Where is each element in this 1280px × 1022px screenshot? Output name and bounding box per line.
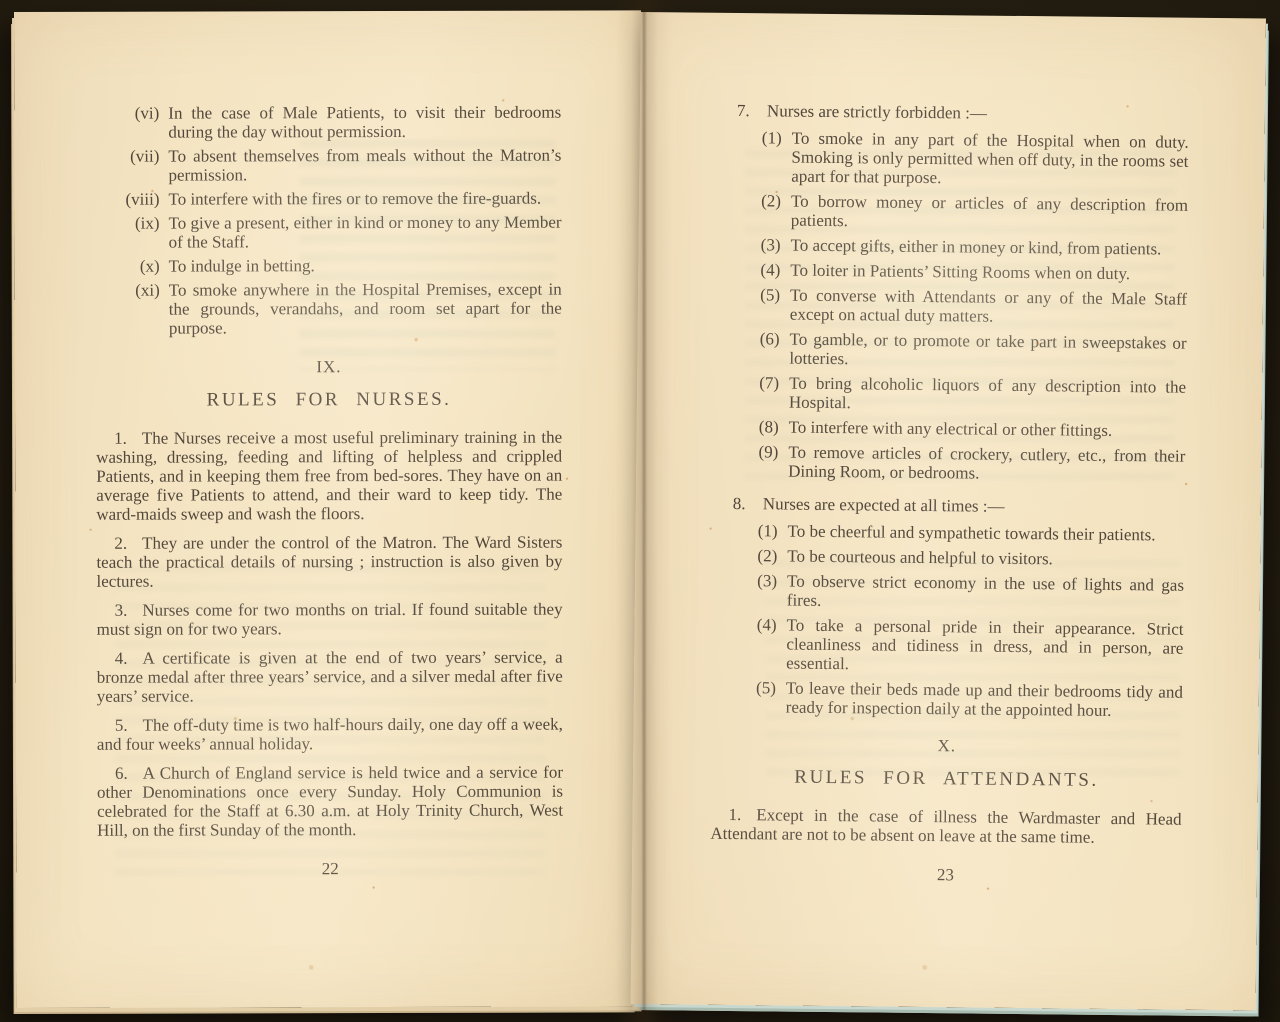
list-item-marker: (vi) bbox=[95, 104, 168, 142]
list-item-marker: (9) bbox=[714, 442, 788, 481]
numbered-rule-list: (1) To smoke in any part of the Hospital… bbox=[714, 128, 1189, 485]
list-item-marker: (3) bbox=[716, 235, 790, 255]
list-item: (6) To gamble, or to promote or take par… bbox=[715, 329, 1186, 372]
paragraph-number: 4. bbox=[115, 649, 128, 668]
section-title: RULES FOR NURSES. bbox=[96, 389, 562, 412]
list-item-text: To borrow money or articles of any descr… bbox=[791, 192, 1188, 234]
rule-paragraph: 4.A certificate is given at the end of t… bbox=[97, 648, 563, 706]
list-item-marker: (6) bbox=[715, 329, 789, 368]
list-item: (4) To take a personal pride in their ap… bbox=[712, 615, 1184, 677]
paragraph-text: They are under the control of the Matron… bbox=[96, 533, 562, 591]
rule-paragraph: 1.Except in the case of illness the Ward… bbox=[710, 805, 1181, 848]
paragraph-number: 2. bbox=[114, 534, 127, 553]
rule-paragraph: 5.The off-duty time is two half-hours da… bbox=[97, 715, 563, 754]
list-item: (3) To observe strict economy in the use… bbox=[713, 571, 1184, 614]
book-scan: (vi) In the case of Male Patients, to vi… bbox=[0, 0, 1280, 1022]
paragraph-number: 6. bbox=[115, 764, 128, 783]
list-item-text: To observe strict economy in the use of … bbox=[787, 572, 1184, 614]
section-title: RULES FOR ATTENDANTS. bbox=[711, 766, 1182, 793]
list-item: (7) To bring alcoholic liquors of any de… bbox=[715, 373, 1186, 416]
list-item: (3) To accept gifts, either in money or … bbox=[716, 235, 1187, 259]
list-item-text: To be cheerful and sympathetic towards t… bbox=[787, 522, 1184, 545]
list-item-text: To indulge in betting. bbox=[169, 256, 562, 276]
rule-heading-number: 8. bbox=[714, 494, 763, 514]
section-number: X. bbox=[711, 734, 1182, 758]
rule-paragraph: 3.Nurses come for two months on trial. I… bbox=[97, 600, 563, 639]
paragraph-text: Except in the case of illness the Wardma… bbox=[710, 805, 1181, 847]
list-item: (5) To leave their beds made up and thei… bbox=[712, 678, 1183, 721]
list-item-marker: (ix) bbox=[96, 214, 169, 252]
paragraph-number: 3. bbox=[115, 601, 128, 620]
rule-heading: 7.Nurses are strictly forbidden :— bbox=[718, 101, 1189, 125]
list-item-marker: (viii) bbox=[95, 190, 168, 209]
list-item-marker: (4) bbox=[716, 260, 790, 280]
list-item: (vii) To absent themselves from meals wi… bbox=[95, 146, 561, 185]
paragraph-text: A Church of England service is held twic… bbox=[97, 763, 563, 840]
list-item: (vi) In the case of Male Patients, to vi… bbox=[95, 103, 561, 142]
list-item-marker: (4) bbox=[712, 615, 787, 673]
list-item-marker: (1) bbox=[713, 521, 787, 541]
list-item-marker: (x) bbox=[96, 257, 169, 276]
paragraph-number: 1. bbox=[114, 429, 127, 448]
page-number: 22 bbox=[97, 859, 563, 879]
rule-heading-text: Nurses are strictly forbidden :— bbox=[767, 101, 987, 122]
list-item: (xi) To smoke anywhere in the Hospital P… bbox=[96, 280, 562, 338]
list-item: (9) To remove articles of crockery, cutl… bbox=[714, 442, 1185, 485]
list-item-marker: (vii) bbox=[95, 147, 168, 185]
list-item: (4) To loiter in Patients’ Sitting Rooms… bbox=[716, 260, 1187, 284]
list-item-text: To take a personal pride in their appear… bbox=[786, 616, 1184, 677]
rule-heading-text: Nurses are expected at all times :— bbox=[763, 494, 1005, 516]
list-item: (2) To borrow money or articles of any d… bbox=[717, 191, 1188, 234]
list-item: (ix) To give a present, either in kind o… bbox=[96, 213, 562, 252]
list-item-marker: (xi) bbox=[96, 281, 169, 338]
page-number: 23 bbox=[710, 863, 1181, 887]
numbered-rule-list: (1) To be cheerful and sympathetic towar… bbox=[712, 521, 1185, 721]
list-item-text: To give a present, either in kind or mon… bbox=[169, 213, 562, 252]
left-page: (vi) In the case of Male Patients, to vi… bbox=[14, 10, 644, 1008]
list-item-text: To smoke anywhere in the Hospital Premis… bbox=[169, 280, 562, 338]
list-item-text: To accept gifts, either in money or kind… bbox=[790, 236, 1187, 259]
list-item-text: To be courteous and helpful to visitors. bbox=[787, 547, 1184, 570]
list-item-text: To smoke in any part of the Hospital whe… bbox=[791, 129, 1189, 190]
paragraph-number: 5. bbox=[115, 716, 128, 735]
rule-heading-number: 7. bbox=[718, 101, 767, 121]
paragraph-text: The off-duty time is two half-hours dail… bbox=[97, 715, 563, 754]
list-item: (1) To smoke in any part of the Hospital… bbox=[717, 128, 1189, 190]
list-item-marker: (8) bbox=[715, 417, 789, 437]
list-item-marker: (3) bbox=[713, 571, 787, 610]
paragraph-text: A certificate is given at the end of two… bbox=[97, 648, 563, 706]
list-item: (viii) To interfere with the fires or to… bbox=[95, 189, 561, 209]
list-item-text: To leave their beds made up and their be… bbox=[786, 679, 1183, 721]
rule-paragraph: 6.A Church of England service is held tw… bbox=[97, 763, 563, 840]
paragraph-number: 1. bbox=[729, 805, 742, 824]
rule-paragraph: 1.The Nurses receive a most useful preli… bbox=[96, 428, 562, 524]
list-item-text: To converse with Attendants or any of th… bbox=[790, 286, 1187, 328]
list-item-text: To loiter in Patients’ Sitting Rooms whe… bbox=[790, 261, 1187, 284]
list-item-text: To gamble, or to promote or take part in… bbox=[789, 330, 1186, 372]
list-item: (5) To converse with Attendants or any o… bbox=[716, 285, 1187, 328]
roman-rule-list: (vi) In the case of Male Patients, to vi… bbox=[95, 103, 562, 338]
paragraph-text: Nurses come for two months on trial. If … bbox=[97, 600, 563, 639]
list-item-text: To absent themselves from meals without … bbox=[168, 146, 561, 185]
list-item-text: To interfere with any electrical or othe… bbox=[789, 418, 1186, 441]
list-item-text: To remove articles of crockery, cutlery,… bbox=[788, 443, 1185, 485]
list-item-marker: (1) bbox=[717, 128, 792, 186]
list-item: (8) To interfere with any electrical or … bbox=[715, 417, 1186, 441]
section-number: IX. bbox=[96, 357, 562, 377]
list-item: (x) To indulge in betting. bbox=[96, 256, 562, 276]
list-item: (2) To be courteous and helpful to visit… bbox=[713, 546, 1184, 570]
right-page: 7.Nurses are strictly forbidden :— (1) T… bbox=[631, 12, 1266, 1010]
rule-paragraph: 2.They are under the control of the Matr… bbox=[96, 533, 562, 591]
list-item-text: To interfere with the fires or to remove… bbox=[168, 189, 561, 209]
list-item: (1) To be cheerful and sympathetic towar… bbox=[713, 521, 1184, 545]
list-item-text: In the case of Male Patients, to visit t… bbox=[168, 103, 561, 142]
paragraph-text: The Nurses receive a most useful prelimi… bbox=[96, 428, 562, 524]
rule-heading: 8.Nurses are expected at all times :— bbox=[714, 494, 1185, 518]
list-item-marker: (2) bbox=[717, 191, 791, 230]
list-item-marker: (5) bbox=[712, 678, 786, 717]
list-item-marker: (2) bbox=[713, 546, 787, 566]
list-item-text: To bring alcoholic liquors of any descri… bbox=[789, 374, 1186, 416]
list-item-marker: (7) bbox=[715, 373, 789, 412]
list-item-marker: (5) bbox=[716, 285, 790, 324]
